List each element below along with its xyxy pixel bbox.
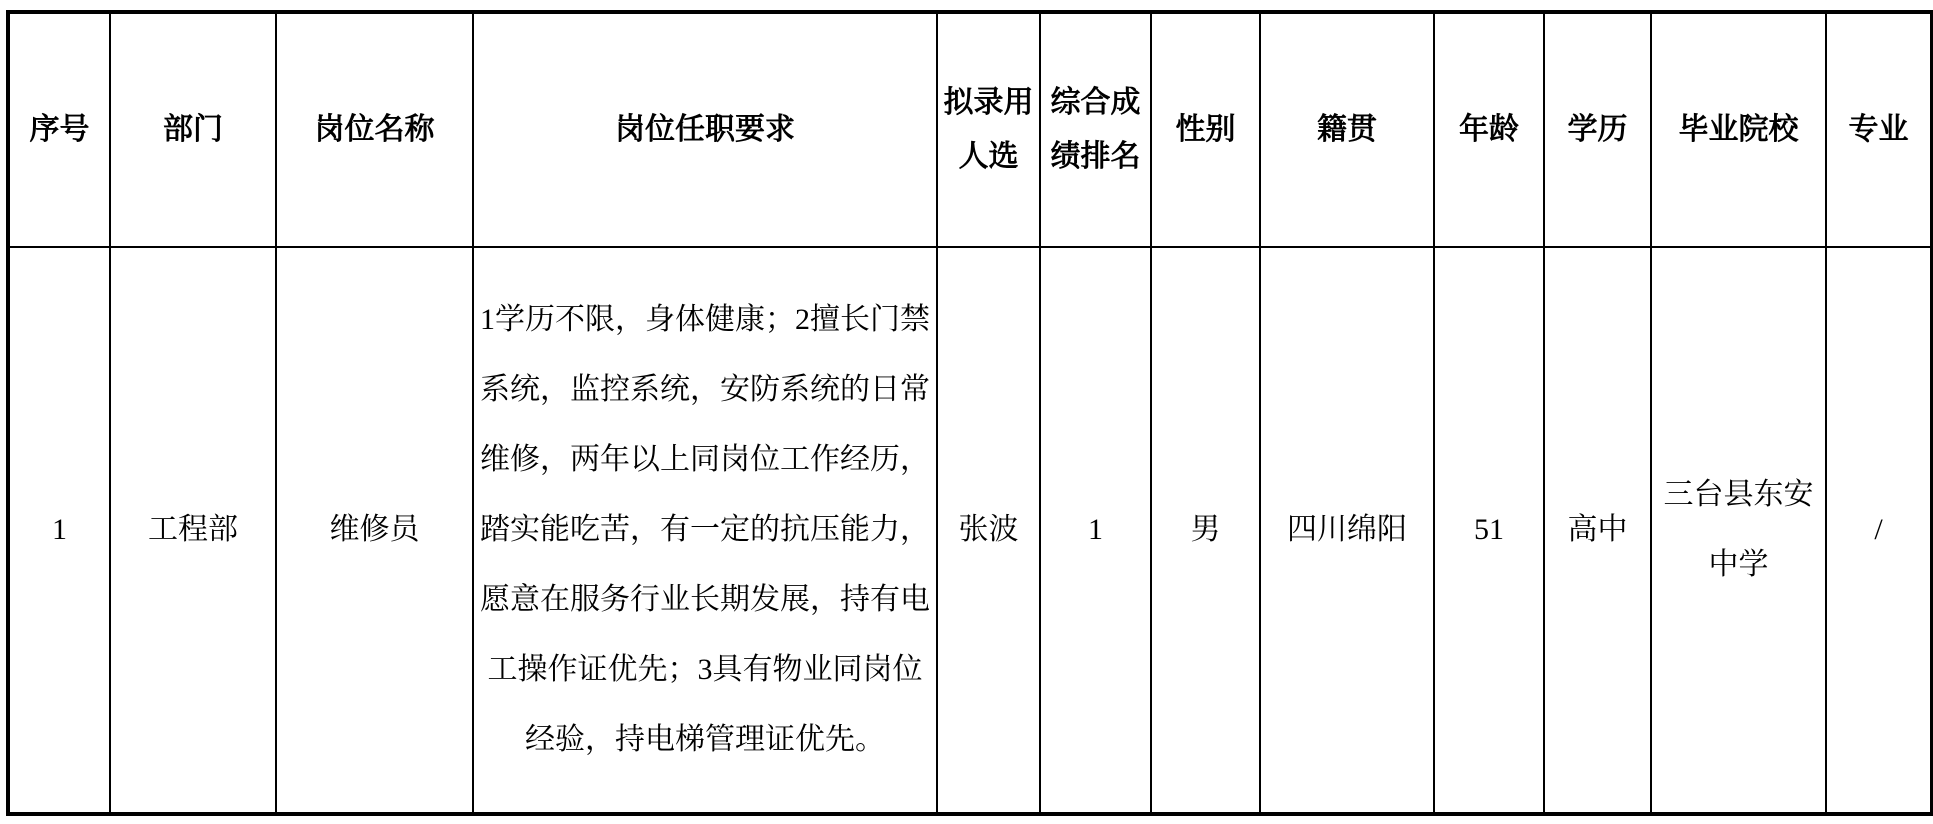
cell-native-place: 四川绵阳 — [1260, 247, 1434, 814]
cell-candidate: 张波 — [937, 247, 1040, 814]
cell-major: / — [1826, 247, 1932, 814]
col-header-age: 年龄 — [1434, 12, 1544, 247]
col-header-gender: 性别 — [1151, 12, 1260, 247]
table-row: 1 工程部 维修员 1学历不限，身体健康；2擅长门禁系统，监控系统，安防系统的日… — [8, 247, 1932, 814]
cell-school: 三台县东安中学 — [1651, 247, 1826, 814]
cell-seq: 1 — [8, 247, 110, 814]
cell-department: 工程部 — [110, 247, 276, 814]
document-page: 序号 部门 岗位名称 岗位任职要求 拟录用 人选 综合成绩排名 性别 籍贯 年龄… — [0, 0, 1933, 824]
col-header-school: 毕业院校 — [1651, 12, 1826, 247]
cell-gender: 男 — [1151, 247, 1260, 814]
col-header-native-place: 籍贯 — [1260, 12, 1434, 247]
recruitment-candidates-table: 序号 部门 岗位名称 岗位任职要求 拟录用 人选 综合成绩排名 性别 籍贯 年龄… — [6, 10, 1933, 816]
cell-requirements: 1学历不限，身体健康；2擅长门禁系统，监控系统，安防系统的日常维修，两年以上同岗… — [473, 247, 937, 814]
col-header-major: 专业 — [1826, 12, 1932, 247]
col-header-department: 部门 — [110, 12, 276, 247]
cell-age: 51 — [1434, 247, 1544, 814]
cell-education: 高中 — [1544, 247, 1651, 814]
cell-position: 维修员 — [276, 247, 473, 814]
col-header-candidate: 拟录用 人选 — [937, 12, 1040, 247]
col-header-seq: 序号 — [8, 12, 110, 247]
col-header-education: 学历 — [1544, 12, 1651, 247]
col-header-position: 岗位名称 — [276, 12, 473, 247]
col-header-rank: 综合成绩排名 — [1040, 12, 1151, 247]
col-header-requirements: 岗位任职要求 — [473, 12, 937, 247]
cell-rank: 1 — [1040, 247, 1151, 814]
table-header-row: 序号 部门 岗位名称 岗位任职要求 拟录用 人选 综合成绩排名 性别 籍贯 年龄… — [8, 12, 1932, 247]
